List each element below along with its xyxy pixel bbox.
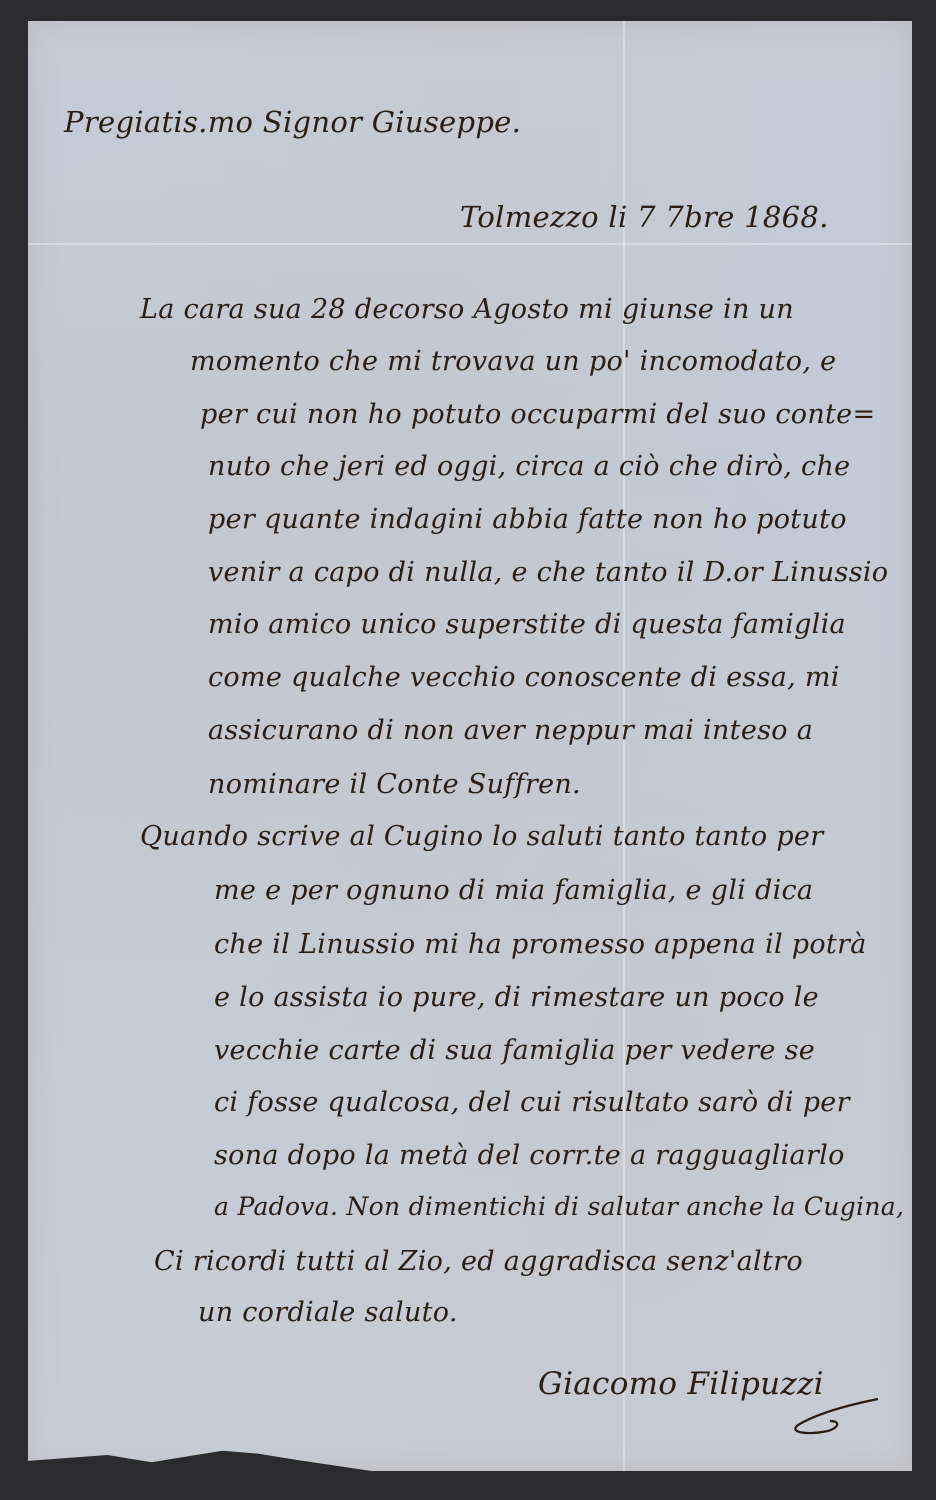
body-line: nuto che jeri ed oggi, circa a ciò che d… bbox=[208, 453, 850, 480]
letter-paper: Pregiatis.mo Signor Giuseppe. Tolmezzo l… bbox=[28, 21, 912, 1471]
salutation: Pregiatis.mo Signor Giuseppe. bbox=[64, 108, 521, 137]
body-line: per quante indagini abbia fatte non ho p… bbox=[208, 506, 847, 533]
body-line: come qualche vecchio conoscente di essa,… bbox=[208, 664, 840, 691]
body-line: momento che mi trovava un po' incomodato… bbox=[190, 348, 836, 375]
body-line: e lo assista io pure, di rimestare un po… bbox=[214, 984, 819, 1011]
body-line: un cordiale saluto. bbox=[198, 1299, 458, 1326]
place-date: Tolmezzo li 7 7bre 1868. bbox=[460, 203, 829, 232]
body-line: mio amico unico superstite di questa fam… bbox=[208, 611, 846, 638]
body-line: ci fosse qualcosa, del cui risultato sar… bbox=[214, 1089, 850, 1116]
body-line: Ci ricordi tutti al Zio, ed aggradisca s… bbox=[154, 1248, 803, 1275]
body-line: La cara sua 28 decorso Agosto mi giunse … bbox=[140, 296, 794, 323]
body-line: Quando scrive al Cugino lo saluti tanto … bbox=[140, 823, 823, 850]
fold-crease bbox=[28, 243, 912, 245]
body-line: assicurano di non aver neppur mai inteso… bbox=[208, 717, 813, 744]
body-line: per cui non ho potuto occuparmi del suo … bbox=[200, 401, 875, 428]
body-line: a Padova. Non dimentichi di salutar anch… bbox=[214, 1194, 904, 1219]
body-line: me e per ognuno di mia famiglia, e gli d… bbox=[214, 877, 813, 904]
body-line: sona dopo la metà del corr.te a ragguagl… bbox=[214, 1142, 845, 1169]
body-line: nominare il Conte Suffren. bbox=[208, 771, 581, 798]
body-line: che il Linussio mi ha promesso appena il… bbox=[214, 931, 867, 958]
body-line: venir a capo di nulla, e che tanto il D.… bbox=[208, 559, 888, 586]
signature-flourish-icon bbox=[768, 1391, 888, 1441]
body-line: vecchie carte di sua famiglia per vedere… bbox=[214, 1037, 815, 1064]
